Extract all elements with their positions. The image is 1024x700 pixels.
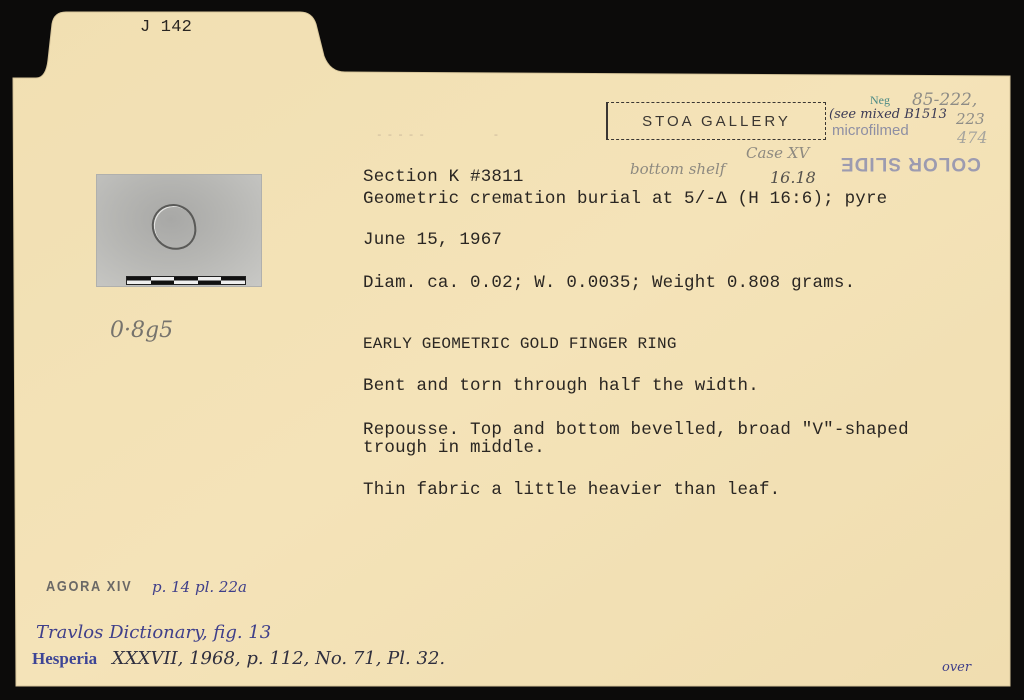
- section-number: Section K #3811: [363, 167, 524, 187]
- microfilmed-stamp: microfilmed: [832, 122, 909, 139]
- hesperia-stamp: Hesperia: [32, 649, 97, 669]
- see-mixed-note: (see mixed B1513: [829, 107, 947, 122]
- neg-number-2: 223: [956, 110, 985, 128]
- stoa-gallery-label: STOA GALLERY: [642, 113, 791, 130]
- neg-number-3: 474: [957, 128, 988, 147]
- description-line-4: Thin fabric a little heavier than leaf.: [363, 480, 780, 500]
- travlos-reference: Travlos Dictionary, fig. 13: [36, 622, 271, 643]
- ring-photograph: [96, 174, 262, 287]
- ring-image: [149, 201, 199, 253]
- scale-bar: [126, 276, 246, 285]
- description-line-3: trough in middle.: [363, 438, 545, 458]
- dimensions: Diam. ca. 0.02; W. 0.0035; Weight 0.808 …: [363, 273, 855, 293]
- stoa-gallery-stamp: STOA GALLERY: [606, 102, 826, 140]
- case-note: Case XV: [746, 144, 809, 162]
- bottom-shelf-note: bottom shelf: [630, 160, 725, 178]
- description-line-1: Bent and torn through half the width.: [363, 376, 759, 396]
- over-note: over: [942, 660, 971, 675]
- neg-label: Neg: [870, 93, 890, 108]
- object-title: EARLY GEOMETRIC GOLD FINGER RING: [363, 335, 677, 353]
- description-line-2: Repousse. Top and bottom bevelled, broad…: [363, 420, 909, 440]
- faded-typing: ----- -: [376, 130, 503, 142]
- agora-reference: p. 14 pl. 22a: [152, 578, 247, 596]
- tab-label: J 142: [140, 18, 192, 37]
- shelf-numbers-note: 16.18: [770, 168, 816, 187]
- weight-pencil-note: 0·8g5: [110, 318, 173, 343]
- hesperia-reference: XXXVII, 1968, p. 112, No. 71, Pl. 32.: [112, 648, 445, 669]
- find-context: Geometric cremation burial at 5/-Δ (H 16…: [363, 189, 887, 209]
- excavation-date: June 15, 1967: [363, 230, 502, 250]
- color-slide-stamp: COLOR SLIDE: [840, 152, 981, 174]
- agora-stamp: AGORA XIV: [46, 578, 132, 595]
